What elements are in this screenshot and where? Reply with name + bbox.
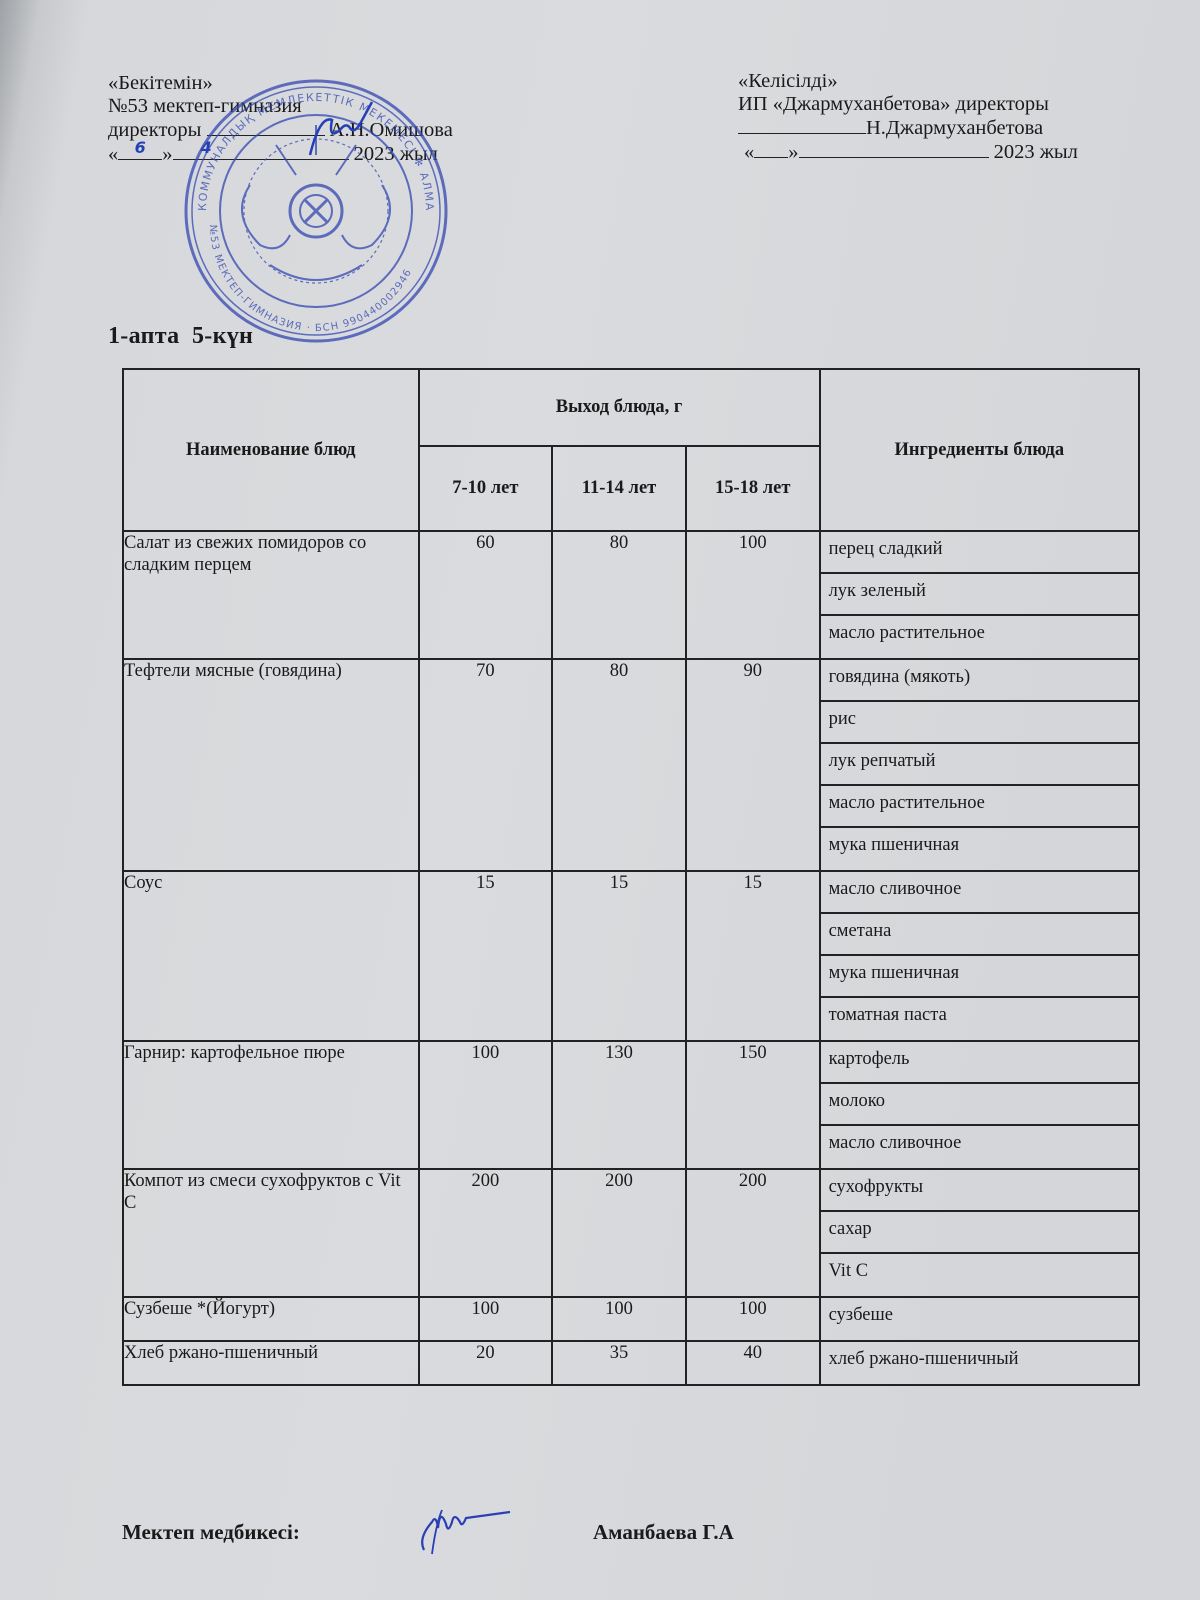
menu-table-body: Салат из свежих помидоров со сладким пер… — [123, 531, 1139, 1385]
nurse-name: Аманбаева Г.А — [593, 1520, 734, 1545]
handwritten-day: 6 — [118, 136, 162, 159]
portion-grams: 20 — [419, 1341, 553, 1385]
portion-grams: 70 — [419, 659, 553, 871]
portion-grams: 100 — [419, 1297, 553, 1341]
portion-grams: 90 — [686, 659, 820, 871]
header-dish-name: Наименование блюд — [123, 369, 419, 531]
header-age-7-10: 7-10 лет — [419, 446, 553, 531]
ingredient-item: молоко — [821, 1084, 1138, 1126]
dish-name: Компот из смеси сухофруктов с Vit C — [123, 1169, 419, 1297]
ingredient-item: сметана — [821, 914, 1138, 956]
ingredient-item: лук репчатый — [821, 744, 1138, 786]
ingredient-item: мука пшеничная — [821, 956, 1138, 998]
ingredient-item: говядина (мякоть) — [821, 660, 1138, 702]
portion-grams: 200 — [552, 1169, 686, 1297]
portion-grams: 60 — [419, 531, 553, 659]
ingredient-item: масло сливочное — [821, 872, 1138, 914]
date-line: «6»4 2023 жыл — [108, 142, 453, 166]
quote-close: » — [788, 141, 798, 163]
approval-block-right: «Келісілді» ИП «Джармуханбетова» директо… — [738, 70, 1078, 164]
portion-grams: 35 — [552, 1341, 686, 1385]
ingredients-cell: сухофруктысахарVit C — [820, 1169, 1139, 1297]
svg-text:№53 МЕКТЕП-ГИМНАЗИЯ · БСН 9904: №53 МЕКТЕП-ГИМНАЗИЯ · БСН 990440002946 — [207, 224, 415, 334]
dish-name: Гарнир: картофельное пюре — [123, 1041, 419, 1169]
month-blank — [799, 140, 989, 158]
approval-block-left: «Бекітемін» №53 мектеп-гимназия директор… — [108, 72, 453, 166]
dish-name: Соус — [123, 871, 419, 1041]
header-age-15-18: 15-18 лет — [686, 446, 820, 531]
menu-table: Наименование блюд Выход блюда, г Ингреди… — [122, 368, 1140, 1386]
ingredients-cell: говядина (мякоть)рислук репчатыймасло ра… — [820, 659, 1139, 871]
ingredient-item: Vit C — [821, 1254, 1138, 1296]
nurse-signature-icon — [410, 1500, 520, 1560]
portion-grams: 100 — [686, 1297, 820, 1341]
signature-blank — [738, 116, 866, 134]
year-text: 2023 жыл — [994, 141, 1078, 163]
day-blank — [754, 140, 788, 158]
header-age-11-14: 11-14 лет — [552, 446, 686, 531]
portion-grams: 200 — [419, 1169, 553, 1297]
week-day-title: 1-апта 5-күн — [108, 323, 253, 350]
quote-open: « — [108, 143, 118, 165]
approval-title: «Бекітемін» — [108, 72, 453, 95]
table-row: Сузбеше *(Йогурт)100100100сузбеше — [123, 1297, 1139, 1341]
ingredients-cell: картофельмолокомасло сливочное — [820, 1041, 1139, 1169]
supplier-signer-line: Н.Джармуханбетова — [738, 116, 1078, 140]
nurse-label: Мектеп медбикесі: — [122, 1520, 300, 1545]
signer-name: Н.Джармуханбетова — [866, 117, 1043, 139]
portion-grams: 80 — [552, 659, 686, 871]
ingredient-item: сахар — [821, 1212, 1138, 1254]
school-name: №53 мектеп-гимназия — [108, 95, 453, 118]
date-line: «» 2023 жыл — [738, 140, 1078, 164]
portion-grams: 15 — [552, 871, 686, 1041]
table-row: Тефтели мясные (говядина)708090говядина … — [123, 659, 1139, 871]
ingredient-item: сузбеше — [821, 1298, 1138, 1340]
portion-grams: 15 — [686, 871, 820, 1041]
ingredient-item: перец сладкий — [821, 532, 1138, 574]
ingredients-cell: сузбеше — [820, 1297, 1139, 1341]
dish-name: Тефтели мясные (говядина) — [123, 659, 419, 871]
header-ingredients: Ингредиенты блюда — [820, 369, 1139, 531]
ingredient-item: масло растительное — [821, 786, 1138, 828]
ingredient-item: хлеб ржано-пшеничный — [821, 1342, 1138, 1384]
table-row: Салат из свежих помидоров со сладким пер… — [123, 531, 1139, 659]
header-yield: Выход блюда, г — [419, 369, 820, 446]
ingredients-cell: хлеб ржано-пшеничный — [820, 1341, 1139, 1385]
portion-grams: 100 — [419, 1041, 553, 1169]
ingredient-item: масло растительное — [821, 616, 1138, 658]
ingredient-item: мука пшеничная — [821, 828, 1138, 870]
portion-grams: 130 — [552, 1041, 686, 1169]
dish-name: Салат из свежих помидоров со сладким пер… — [123, 531, 419, 659]
portion-grams: 200 — [686, 1169, 820, 1297]
ingredient-item: сухофрукты — [821, 1170, 1138, 1212]
ingredient-item: масло сливочное — [821, 1126, 1138, 1168]
agreed-title: «Келісілді» — [738, 70, 1078, 93]
ingredient-item: картофель — [821, 1042, 1138, 1084]
ingredient-item: лук зеленый — [821, 574, 1138, 616]
portion-grams: 100 — [552, 1297, 686, 1341]
table-row: Хлеб ржано-пшеничный203540хлеб ржано-пше… — [123, 1341, 1139, 1385]
ingredients-cell: перец сладкийлук зеленыймасло растительн… — [820, 531, 1139, 659]
portion-grams: 40 — [686, 1341, 820, 1385]
director-signature-icon — [300, 100, 380, 170]
portion-grams: 100 — [686, 531, 820, 659]
dish-name: Сузбеше *(Йогурт) — [123, 1297, 419, 1341]
portion-grams: 150 — [686, 1041, 820, 1169]
quote-open: « — [744, 141, 754, 163]
ingredient-item: рис — [821, 702, 1138, 744]
table-row: Гарнир: картофельное пюре100130150картоф… — [123, 1041, 1139, 1169]
dish-name: Хлеб ржано-пшеничный — [123, 1341, 419, 1385]
table-row: Соус151515масло сливочноесметанамука пше… — [123, 871, 1139, 1041]
ingredients-cell: масло сливочноесметанамука пшеничнаятома… — [820, 871, 1139, 1041]
table-row: Компот из смеси сухофруктов с Vit C20020… — [123, 1169, 1139, 1297]
quote-close: » — [162, 143, 172, 165]
portion-grams: 15 — [419, 871, 553, 1041]
portion-grams: 80 — [552, 531, 686, 659]
day-blank: 6 — [118, 142, 162, 160]
ingredient-item: томатная паста — [821, 998, 1138, 1040]
supplier-org: ИП «Джармуханбетова» директоры — [738, 93, 1078, 116]
